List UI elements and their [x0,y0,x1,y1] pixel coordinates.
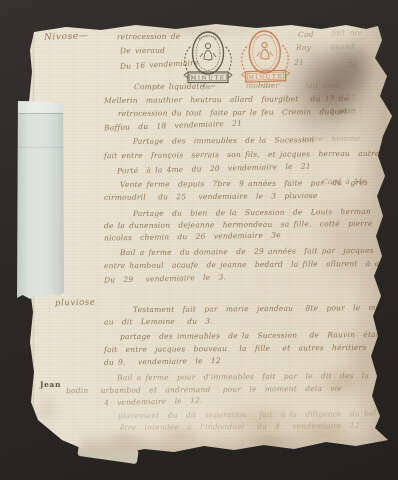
tab-crease [17,113,64,114]
handwritten-line: nicolas chemin du 26 vendemiaire 3e [104,231,281,242]
bookmark-tab [17,101,64,300]
handwritten-line: Du 29 vendemiaire le 3. [104,273,226,284]
handwritten-line: cirmoudril du 25 vendemiaire le 3 pluvio… [104,192,318,201]
handwritten-line: Bail a ferme du domaine de 29 années fai… [120,247,374,257]
handwritten-line: Compte liquidatif [134,83,205,91]
handwritten-line: entre homme [302,135,361,143]
handwritten-line: Porté à la 4me du 20 vendemiaire le 21 [117,162,311,175]
handwritten-line: niv 21 [330,94,356,102]
margin-note: Nivose— [44,32,89,43]
handwritten-line: Testament fait par marie jeandeau 8te po… [133,304,397,314]
handwritten-line: retrocession du tout faite par le feu Cr… [118,108,347,117]
handwritten-line: Du 16 vendemiaire [120,59,199,71]
handwritten-line: quand [330,43,355,51]
handwritten-line: retrocession de [117,33,180,41]
margin-note: pluviose [55,299,96,308]
handwritten-line: Baffou du 18 vendemiaire 21 [104,120,242,132]
handwritten-line: fait entre françois serrais son fils, et… [104,150,384,160]
handwritten-line: être intendée à l'individuel du 4 vendem… [120,422,360,432]
tab-fold-highlight [17,101,64,113]
handwritten-line: mobilier [246,82,279,90]
handwritten-line: Mellerin mauthier heutrau allard fourgib… [104,95,349,105]
handwritten-line: fait niv [332,29,362,37]
handwritten-line: Cad [298,31,314,39]
handwritten-line: Partage des immeubles de la Sucession [133,136,314,145]
handwritten-line: Partage du bien de la Sucession de Louis… [133,208,371,218]
handwritten-line: Roy [296,44,311,52]
handwritten-line: fait entre jacques bouveau la fille et a… [104,344,366,354]
margin-note: Jean [40,381,61,389]
handwritten-line: entre hamboul acaufe de jeanne bedard la… [104,260,398,270]
handwritten-line: 4 vendemiaire le 12. [104,397,203,407]
handwritten-line: partage des immeubles de la Sucession de… [120,331,384,341]
handwritten-line: 21 [294,59,304,67]
manuscript-page: MINUTE [26,22,398,462]
handwritten-line: bodin urbambod et andremand pour le mome… [66,385,342,395]
handwritten-line: Card à Mr [322,178,366,186]
handwritten-line: au dit Lemoine du 3. [104,318,213,326]
handwritten-line: à jean [330,107,356,115]
page-mark: 3e [348,62,357,69]
handwritten-line: du 9. vendemiaire le 12 [104,357,221,367]
tab-crease [17,147,64,148]
handwritten-line: de la dunension dejeanne hermondeau sa f… [104,220,389,230]
handwritten-line: De vieraud [120,47,165,55]
handwritten-line: fait avec [305,82,341,90]
photo-background: MINUTE [0,0,398,480]
handwritten-line: Bail a ferme pour d'immeubles fait par l… [117,372,398,382]
handwritten-line: placement du dit separation fait à la di… [118,410,398,420]
